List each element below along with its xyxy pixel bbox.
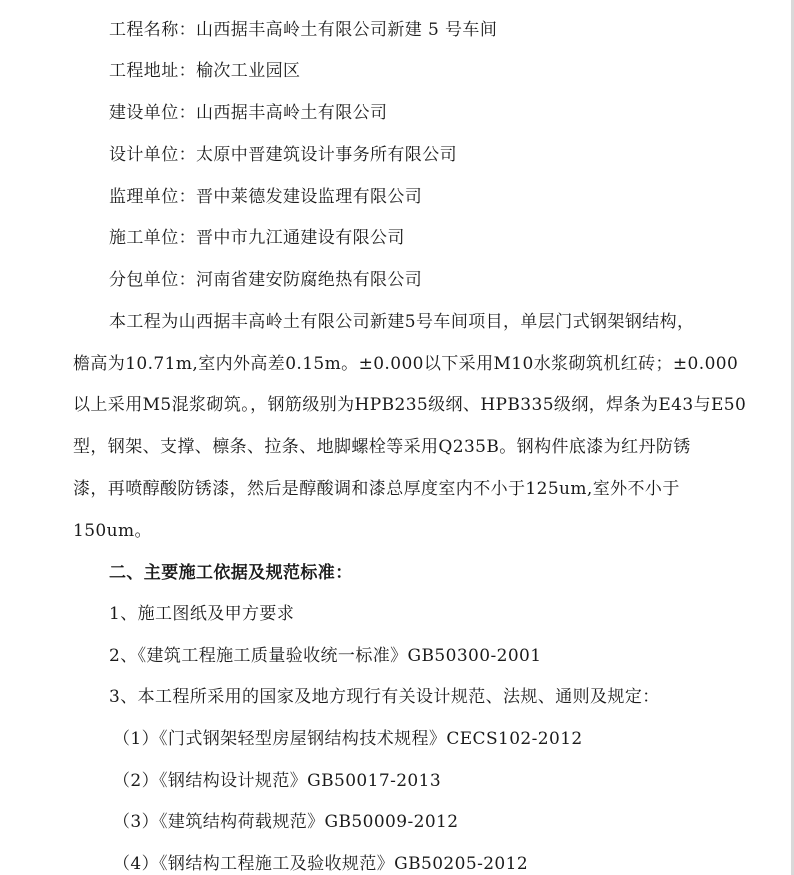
field-label: 工程地址： <box>109 61 196 81</box>
section-heading: 二、主要施工依据及规范标准： <box>109 562 353 584</box>
overview-line: 型，钢架、支撑、檩条、拉条、地脚螺栓等采用Q235B。钢构件底漆为红丹防锈 <box>73 436 691 458</box>
field-value: 太原中晋建筑设计事务所有限公司 <box>196 145 457 165</box>
field-label: 施工单位： <box>109 228 196 248</box>
sub-list-item: （2）《钢结构设计规范》GB50017-2013 <box>113 770 441 792</box>
overview-line: 檐高为10.71m,室内外高差0.15m。±0.000以下采用M10水浆砌筑机红… <box>73 353 738 375</box>
overview-line: 本工程为山西据丰高岭土有限公司新建5号车间项目，单层门式钢架钢结构， <box>109 311 694 333</box>
subcontractor-row: 分包单位：河南省建安防腐绝热有限公司 <box>109 269 422 291</box>
field-value: 晋中市九江通建设有限公司 <box>196 228 405 248</box>
field-label: 设计单位： <box>109 145 196 165</box>
field-label: 分包单位： <box>109 270 196 290</box>
sub-list-item: （4）《钢结构工程施工及验收规范》GB50205-2012 <box>113 853 528 875</box>
overview-line: 以上采用M5混浆砌筑。，钢筋级别为HPB235级纲、HPB335级纲，焊条为E4… <box>73 394 746 416</box>
list-item: 2、《建筑工程施工质量验收统一标准》GB50300-2001 <box>109 645 541 667</box>
construction-unit-row: 施工单位：晋中市九江通建设有限公司 <box>109 227 405 249</box>
field-label: 建设单位： <box>109 103 196 123</box>
field-value: 河南省建安防腐绝热有限公司 <box>196 270 422 290</box>
document-page: 工程名称：山西据丰高岭土有限公司新建 5 号车间 工程地址：榆次工业园区 建设单… <box>0 0 791 875</box>
sub-list-item: （3）《建筑结构荷载规范》GB50009-2012 <box>113 811 458 833</box>
supervision-unit-row: 监理单位：晋中莱德发建设监理有限公司 <box>109 186 422 208</box>
field-value: 山西据丰高岭土有限公司 <box>196 103 387 123</box>
project-name-row: 工程名称：山西据丰高岭土有限公司新建 5 号车间 <box>109 19 497 41</box>
list-item: 3、本工程所采用的国家及地方现行有关设计规范、法规、通则及规定： <box>109 686 660 708</box>
overview-line: 150um。 <box>73 520 152 542</box>
field-value: 榆次工业园区 <box>196 61 300 81</box>
sub-list-item: （1）《门式钢架轻型房屋钢结构技术规程》CECS102-2012 <box>113 728 583 750</box>
field-label: 工程名称： <box>109 20 196 40</box>
design-unit-row: 设计单位：太原中晋建筑设计事务所有限公司 <box>109 144 457 166</box>
overview-line: 漆，再喷醇酸防锈漆，然后是醇酸调和漆总厚度室内不小于125um,室外不小于 <box>73 478 680 500</box>
field-label: 监理单位： <box>109 187 196 207</box>
project-address-row: 工程地址：榆次工业园区 <box>109 60 300 82</box>
field-value: 山西据丰高岭土有限公司新建 5 号车间 <box>196 20 497 40</box>
owner-unit-row: 建设单位：山西据丰高岭土有限公司 <box>109 102 387 124</box>
list-item: 1、施工图纸及甲方要求 <box>109 603 294 625</box>
field-value: 晋中莱德发建设监理有限公司 <box>196 187 422 207</box>
